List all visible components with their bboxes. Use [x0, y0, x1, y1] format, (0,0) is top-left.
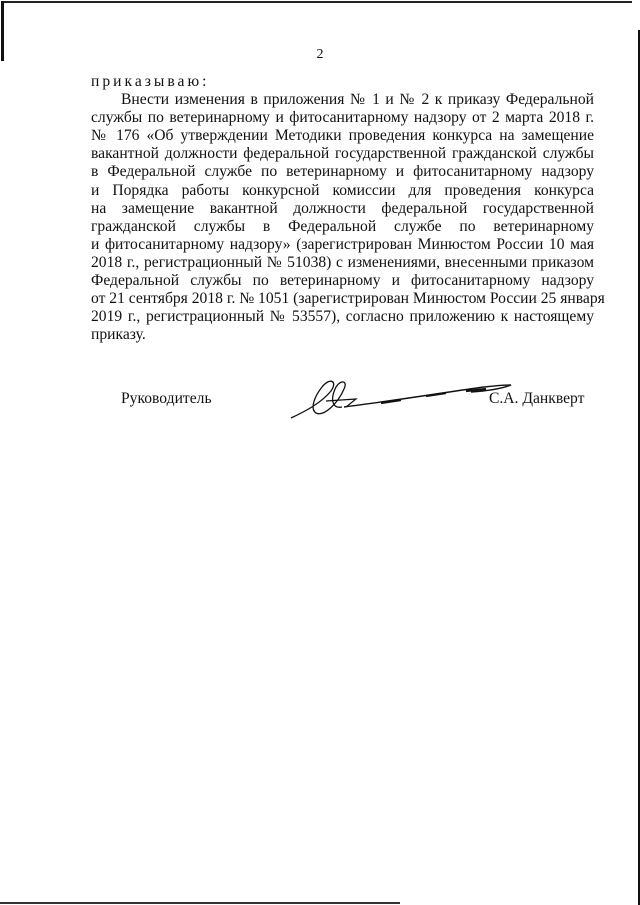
paragraph-line: № 176 «Об утверждении Методики проведени… [91, 127, 594, 145]
paragraph-line: и фитосанитарному надзору» (зарегистриро… [91, 236, 594, 254]
signer-title: Руководитель [121, 390, 212, 408]
paragraph-line: вакантной должности федеральной государс… [91, 145, 594, 163]
paragraph-line: службы по ветеринарному и фитосанитарном… [91, 109, 594, 127]
scan-edge-top [2, 1, 632, 3]
signature-block: Руководитель С.А. Данкверт [0, 386, 640, 426]
document-page: 2 приказываю: Внести изменения в приложе… [0, 0, 640, 905]
paragraph-line: от 21 сентября 2018 г. № 1051 (зарегистр… [91, 290, 594, 308]
paragraph-line: 2019 г., регистрационный № 53557), согла… [91, 308, 594, 326]
signer-name: С.А. Данкверт [489, 390, 584, 408]
order-heading: приказываю: [91, 73, 594, 91]
paragraph-line: 2018 г., регистрационный № 51038) с изме… [91, 254, 594, 272]
paragraph-line: Внести изменения в приложения № 1 и № 2 … [91, 91, 594, 109]
paragraph-line: и Порядка работы конкурсной комиссии для… [91, 182, 594, 200]
paragraph-line: Федеральной службы по ветеринарному и фи… [91, 272, 594, 290]
paragraph-line: гражданской службы в Федеральной службе … [91, 218, 594, 236]
handwritten-signature-icon [286, 373, 516, 423]
paragraph-line: приказу. [91, 326, 594, 344]
page-number: 2 [0, 47, 640, 63]
paragraph-line: в Федеральной службе по ветеринарному и … [91, 163, 594, 181]
scan-edge-bottom [0, 902, 400, 904]
order-body: приказываю: Внести изменения в приложени… [91, 73, 594, 344]
paragraph-line: на замещение вакантной должности федерал… [91, 200, 594, 218]
